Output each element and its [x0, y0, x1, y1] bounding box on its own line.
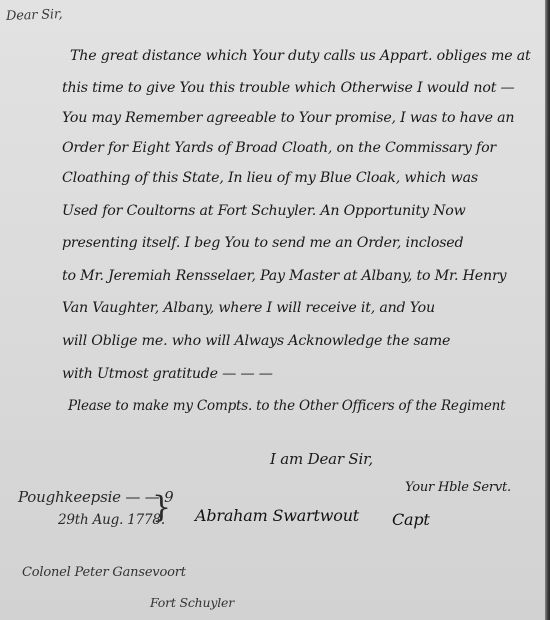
brace-glyph: }: [152, 490, 171, 525]
body-line: Order for Eight Yards of Broad Cloath, o…: [62, 140, 496, 156]
signature: Abraham Swartwout: [195, 506, 359, 525]
body-line: Cloathing of this State, In lieu of my B…: [62, 170, 478, 186]
closing-humble-servant: Your Hble Servt.: [405, 480, 511, 495]
body-line: Van Vaughter, Albany, where I will recei…: [62, 300, 435, 316]
dateline-place: Poughkeepsie — — 9: [18, 488, 174, 506]
addressee-name: Colonel Peter Gansevoort: [22, 565, 186, 580]
body-line: to Mr. Jeremiah Rensselaer, Pay Master a…: [62, 268, 506, 284]
body-line: The great distance which Your duty calls…: [70, 48, 531, 64]
body-line: You may Remember agreeable to Your promi…: [62, 110, 514, 126]
closing-greeting: I am Dear Sir,: [270, 450, 373, 468]
body-line: will Oblige me. who will Always Acknowle…: [62, 333, 450, 349]
postscript: Please to make my Compts. to the Other O…: [68, 398, 505, 414]
body-line: presenting itself. I beg You to send me …: [62, 235, 463, 251]
salutation: Dear Sir,: [6, 7, 63, 24]
body-line: with Utmost gratitude — — —: [62, 366, 273, 382]
body-line: Used for Coultorns at Fort Schuyler. An …: [62, 203, 466, 219]
dateline-date: 29th Aug. 1778.: [58, 512, 165, 528]
addressee-place: Fort Schuyler: [150, 595, 234, 610]
signature-title: Capt: [392, 510, 430, 529]
letter-paper: Dear Sir, The great distance which Your …: [0, 0, 545, 620]
page-edge-shadow: [545, 0, 550, 620]
body-line: this time to give You this trouble which…: [62, 80, 515, 96]
